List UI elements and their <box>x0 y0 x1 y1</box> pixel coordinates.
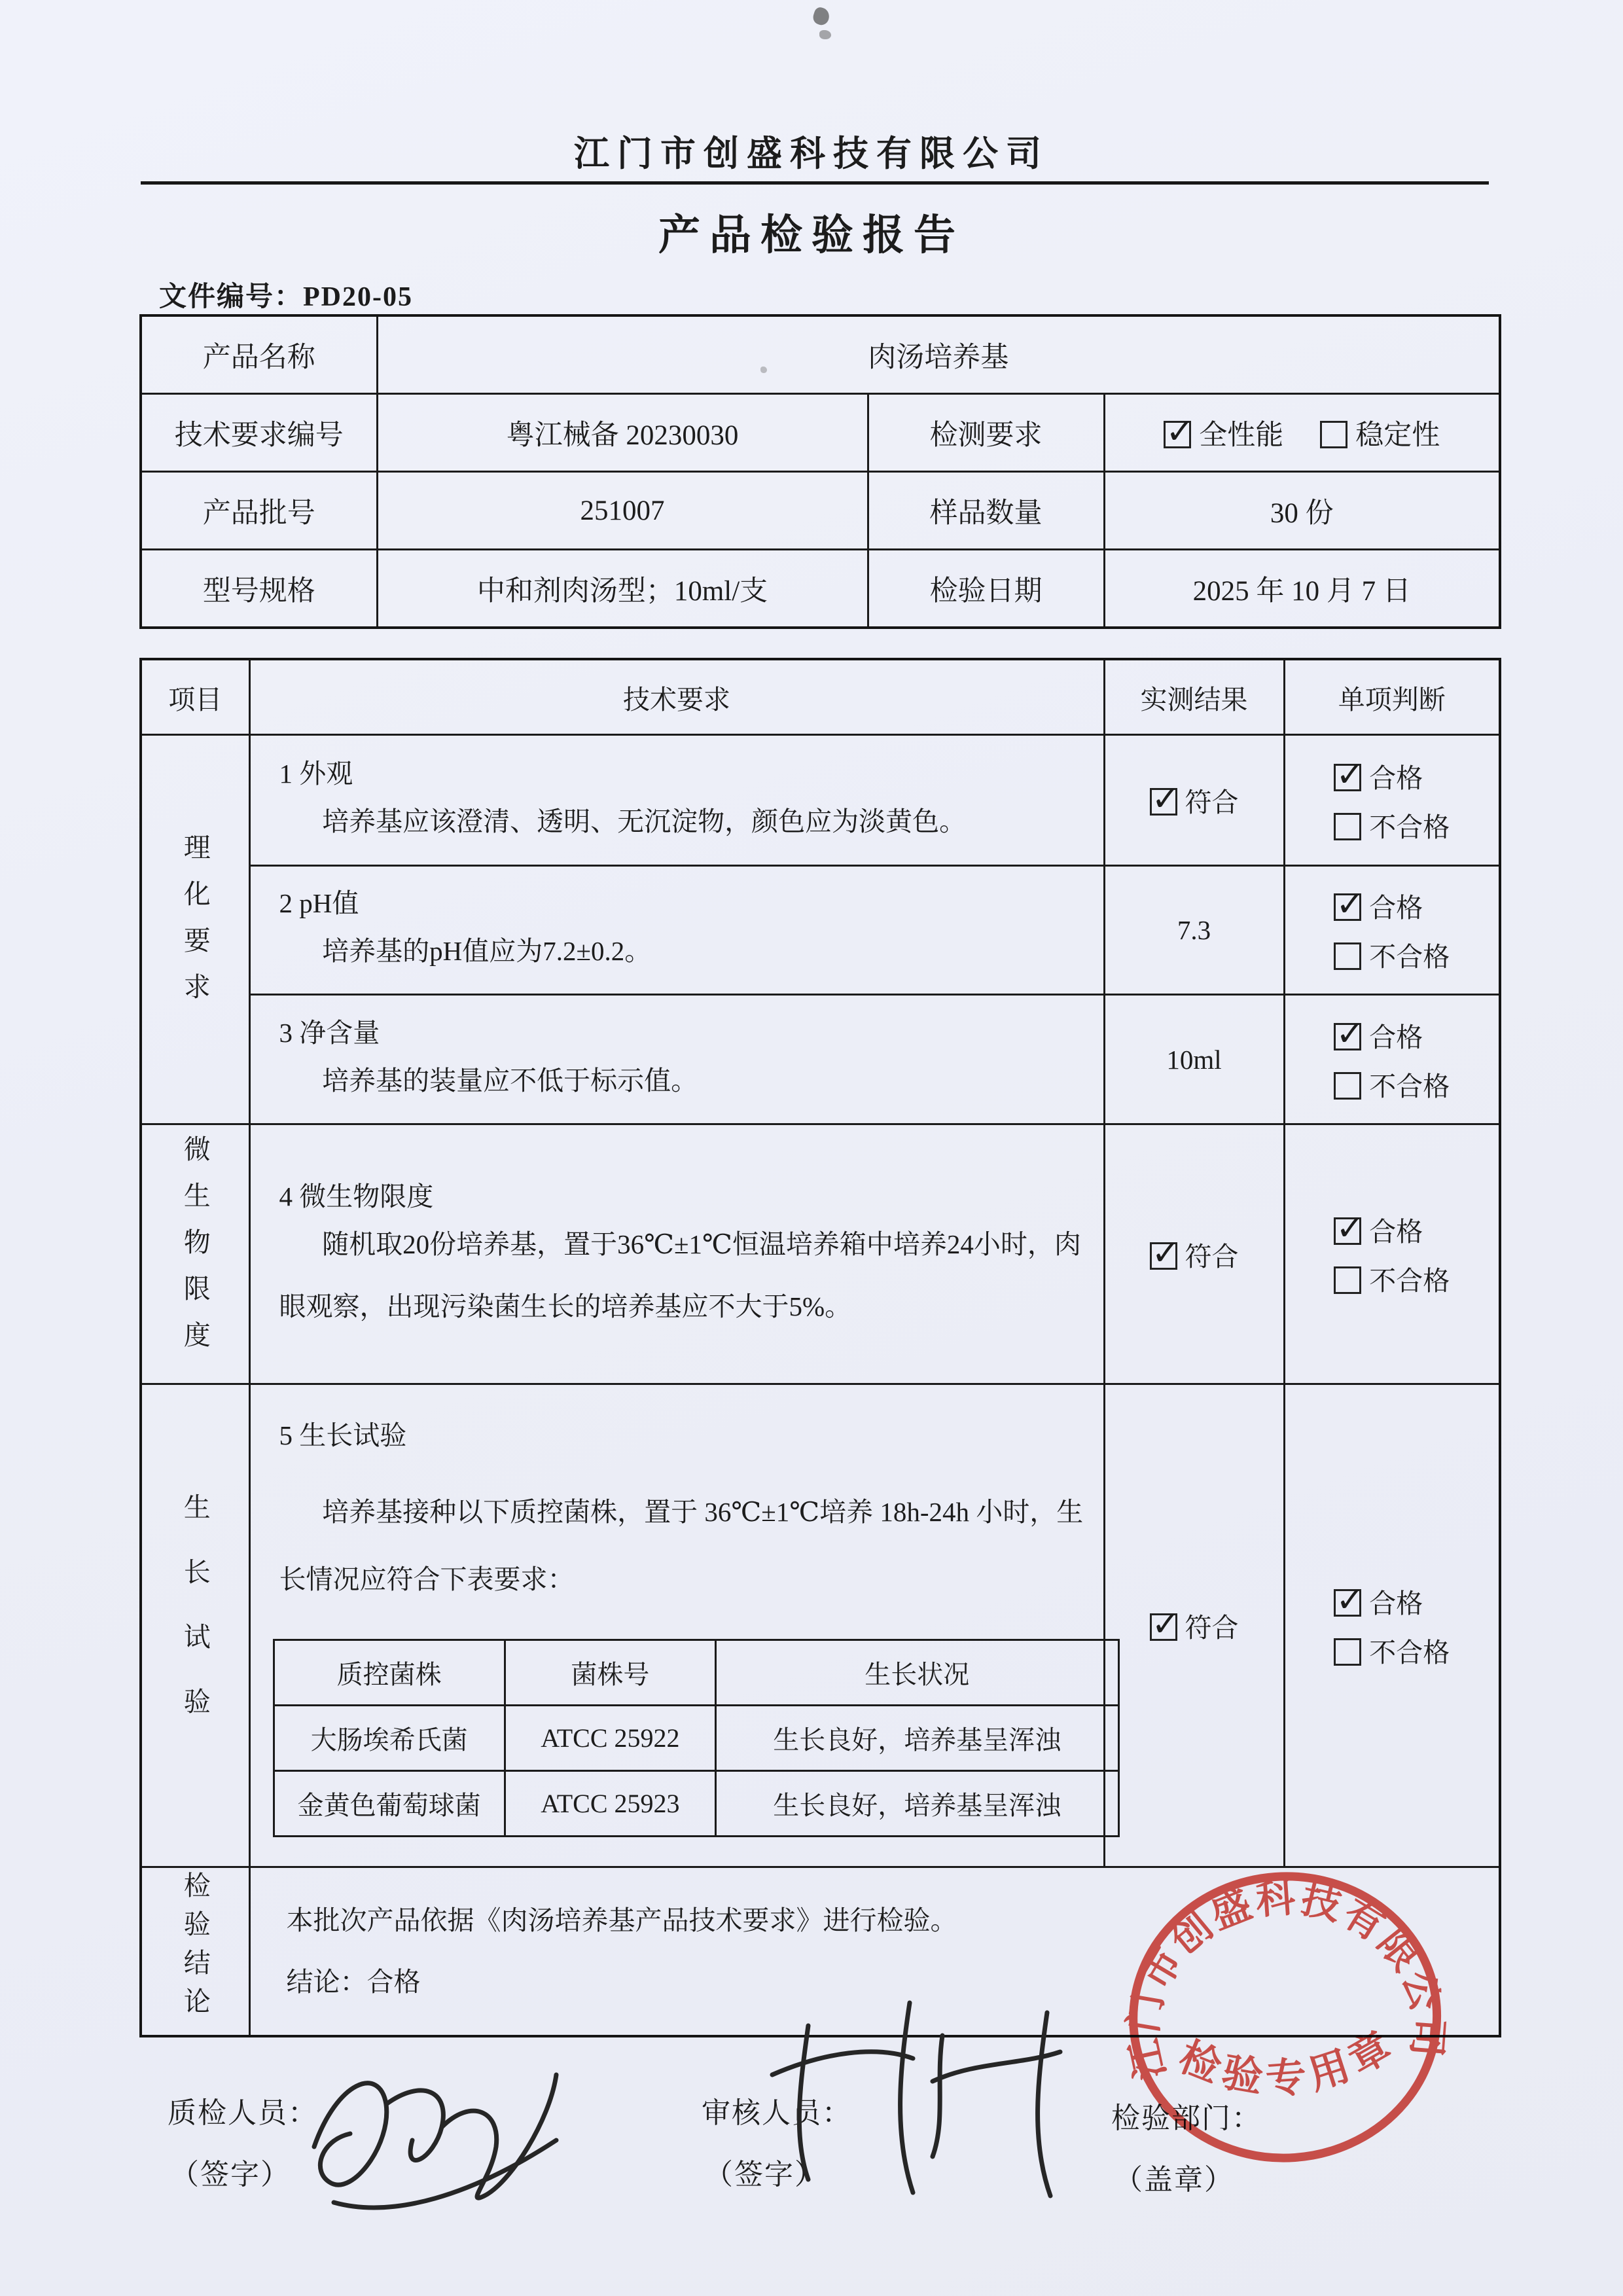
strain-no: ATCC 25922 <box>505 1706 715 1771</box>
signature-stroke <box>314 2083 387 2185</box>
group-conclusion: 检验结论 <box>141 1867 249 2037</box>
scan-speck <box>811 6 832 27</box>
signature-stroke <box>386 2090 443 2161</box>
option-label: 稳定性 <box>1355 420 1440 451</box>
appearance-result: 符合 <box>1104 735 1284 866</box>
ph-requirement: 2 pH值 培养基的pH值应为7.2±0.2。 <box>249 866 1104 995</box>
micro-judgment: 合格 不合格 <box>1284 1124 1500 1384</box>
qc-handwritten-signature <box>275 2029 582 2245</box>
checkbox-fail <box>1334 1266 1361 1294</box>
model-spec-value: 中和剂肉汤型；10ml/支 <box>377 550 868 628</box>
checkbox-stability <box>1320 421 1347 448</box>
strain-name: 大肠埃希氏菌 <box>274 1706 505 1771</box>
batch-no-value: 251007 <box>377 472 868 550</box>
row-micro-limit: 微生物限度 4 微生物限度 随机取20份培养基，置于36℃±1℃恒温培养箱中培养… <box>141 1124 1500 1384</box>
row-growth-test: 生长试验 5 生长试验 培养基接种以下质控菌株，置于 36℃±1℃培养 18h-… <box>141 1384 1500 1867</box>
inspect-date-label: 检验日期 <box>868 550 1104 628</box>
col-strain: 质控菌株 <box>274 1640 505 1706</box>
table-row: 产品批号 251007 样品数量 30 份 <box>141 472 1500 550</box>
item-desc: 培养基的pH值应为7.2±0.2。 <box>279 920 1085 982</box>
item-title: 3 净含量 <box>279 1011 1085 1050</box>
item-title: 5 生长试验 <box>279 1414 1085 1452</box>
net-content-judgment: 合格 不合格 <box>1284 995 1500 1124</box>
tech-req-no-value: 粤江械备 20230030 <box>377 394 868 472</box>
item-desc: 随机取20份培养基，置于36℃±1℃恒温培养箱中培养24小时，肉眼观察，出现污染… <box>279 1213 1085 1337</box>
strain-no: ATCC 25923 <box>505 1771 715 1837</box>
col-growth-status: 生长状况 <box>716 1640 1119 1706</box>
checkbox-pass <box>1334 1023 1361 1050</box>
signature-stroke <box>799 2026 808 2179</box>
ph-judgment: 合格 不合格 <box>1284 866 1500 995</box>
checkbox-conform <box>1150 788 1177 816</box>
inspection-report-page: 江门市创盛科技有限公司 产品检验报告 文件编号：PD20-05 产品名称 肉汤培… <box>0 0 1623 2296</box>
seal-ring-text: 江门市创盛科技有限公司 <box>1113 1867 1453 2084</box>
product-info-table: 产品名称 肉汤培养基 技术要求编号 粤江械备 20230030 检测要求 全性能… <box>139 314 1501 629</box>
growth-row-ecoli: 大肠埃希氏菌 ATCC 25922 生长良好，培养基呈浑浊 <box>274 1706 1118 1771</box>
company-name: 江门市创盛科技有限公司 <box>0 126 1623 176</box>
micro-result: 符合 <box>1104 1124 1284 1384</box>
header-rule <box>141 181 1489 185</box>
model-spec-label: 型号规格 <box>141 550 377 628</box>
item-title: 1 外观 <box>279 752 1085 791</box>
test-req-options: 全性能稳定性 <box>1104 394 1500 472</box>
item-title: 4 微生物限度 <box>279 1175 1085 1213</box>
item-desc: 培养基应该澄清、透明、无沉淀物，颜色应为淡黄色。 <box>279 791 1085 852</box>
test-req-label: 检测要求 <box>868 394 1104 472</box>
growth-status: 生长良好，培养基呈浑浊 <box>716 1771 1119 1837</box>
row-net-content: 3 净含量 培养基的装量应不低于标示值。 10ml 合格 不合格 <box>141 995 1500 1124</box>
checkbox-conform <box>1150 1242 1177 1270</box>
product-name-label: 产品名称 <box>141 315 377 394</box>
checkbox-full-performance <box>1164 421 1191 448</box>
checkbox-pass <box>1334 1217 1361 1245</box>
seal-center-text: 检验专用章 <box>1170 2019 1407 2109</box>
growth-strain-table: 质控菌株 菌株号 生长状况 大肠埃希氏菌 ATCC 25922 生长良好，培养基… <box>273 1639 1120 1837</box>
signature-stroke <box>1038 2013 1050 2196</box>
table-row: 技术要求编号 粤江械备 20230030 检测要求 全性能稳定性 <box>141 394 1500 472</box>
appearance-requirement: 1 外观 培养基应该澄清、透明、无沉淀物，颜色应为淡黄色。 <box>249 735 1104 866</box>
checkbox-pass <box>1334 764 1361 791</box>
signature-stroke <box>933 2036 942 2157</box>
product-name-value: 肉汤培养基 <box>377 315 1500 394</box>
col-judgment: 单项判断 <box>1284 659 1500 735</box>
col-item: 项目 <box>141 659 249 735</box>
checkbox-fail <box>1334 942 1361 970</box>
appearance-judgment: 合格 不合格 <box>1284 735 1500 866</box>
item-desc: 培养基接种以下质控菌株，置于 36℃±1℃培养 18h-24h 小时，生长情况应… <box>279 1479 1085 1613</box>
checkbox-pass <box>1334 1589 1361 1617</box>
col-strain-no: 菌株号 <box>505 1640 715 1706</box>
strain-name: 金黄色葡萄球菌 <box>274 1771 505 1837</box>
checkbox-conform <box>1150 1613 1177 1641</box>
growth-status: 生长良好，培养基呈浑浊 <box>716 1706 1119 1771</box>
ph-result: 7.3 <box>1104 866 1284 995</box>
sample-qty-label: 样品数量 <box>868 472 1104 550</box>
growth-result: 符合 <box>1104 1384 1284 1867</box>
sample-qty-value: 30 份 <box>1104 472 1500 550</box>
group-micro: 微生物限度 <box>141 1124 249 1384</box>
file-number-label: 文件编号： <box>159 282 303 312</box>
file-number: 文件编号：PD20-05 <box>159 275 413 314</box>
report-title: 产品检验报告 <box>0 202 1623 262</box>
net-content-result: 10ml <box>1104 995 1284 1124</box>
signature-stroke <box>442 2075 556 2198</box>
tech-req-no-label: 技术要求编号 <box>141 394 377 472</box>
growth-requirement: 5 生长试验 培养基接种以下质控菌株，置于 36℃±1℃培养 18h-24h 小… <box>249 1384 1104 1867</box>
table-row: 产品名称 肉汤培养基 <box>141 315 1500 394</box>
item-desc: 培养基的装量应不低于标示值。 <box>279 1050 1085 1111</box>
review-handwritten-signature <box>746 1990 1086 2206</box>
col-requirement: 技术要求 <box>249 659 1104 735</box>
option-label: 全性能 <box>1199 420 1283 451</box>
file-number-value: PD20-05 <box>303 282 413 312</box>
checkbox-fail <box>1334 813 1361 840</box>
signature-stroke <box>901 2003 913 2193</box>
item-title: 2 pH值 <box>279 882 1085 920</box>
table-row: 型号规格 中和剂肉汤型；10ml/支 检验日期 2025 年 10 月 7 日 <box>141 550 1500 628</box>
row-appearance: 理化要求 1 外观 培养基应该澄清、透明、无沉淀物，颜色应为淡黄色。 符合 合格… <box>141 735 1500 866</box>
growth-judgment: 合格 不合格 <box>1284 1384 1500 1867</box>
scan-speck <box>819 30 831 39</box>
checkbox-pass <box>1334 893 1361 921</box>
group-physchem: 理化要求 <box>141 735 249 1124</box>
results-table: 项目 技术要求 实测结果 单项判断 理化要求 1 外观 培养基应该澄清、透明、无… <box>139 658 1501 2037</box>
inspect-date-value: 2025 年 10 月 7 日 <box>1104 550 1500 628</box>
signature-stroke <box>334 2140 556 2208</box>
row-ph: 2 pH值 培养基的pH值应为7.2±0.2。 7.3 合格 不合格 <box>141 866 1500 995</box>
results-header-row: 项目 技术要求 实测结果 单项判断 <box>141 659 1500 735</box>
checkbox-fail <box>1334 1638 1361 1666</box>
checkbox-fail <box>1334 1072 1361 1100</box>
growth-header-row: 质控菌株 菌株号 生长状况 <box>274 1640 1118 1706</box>
company-inspection-seal: 江门市创盛科技有限公司 检验专用章 <box>1113 1856 1458 2185</box>
group-growth: 生长试验 <box>141 1384 249 1867</box>
net-content-requirement: 3 净含量 培养基的装量应不低于标示值。 <box>249 995 1104 1124</box>
micro-requirement: 4 微生物限度 随机取20份培养基，置于36℃±1℃恒温培养箱中培养24小时，肉… <box>249 1124 1104 1384</box>
growth-row-staph: 金黄色葡萄球菌 ATCC 25923 生长良好，培养基呈浑浊 <box>274 1771 1118 1837</box>
batch-no-label: 产品批号 <box>141 472 377 550</box>
signature-stroke <box>772 2052 913 2075</box>
col-result: 实测结果 <box>1104 659 1284 735</box>
